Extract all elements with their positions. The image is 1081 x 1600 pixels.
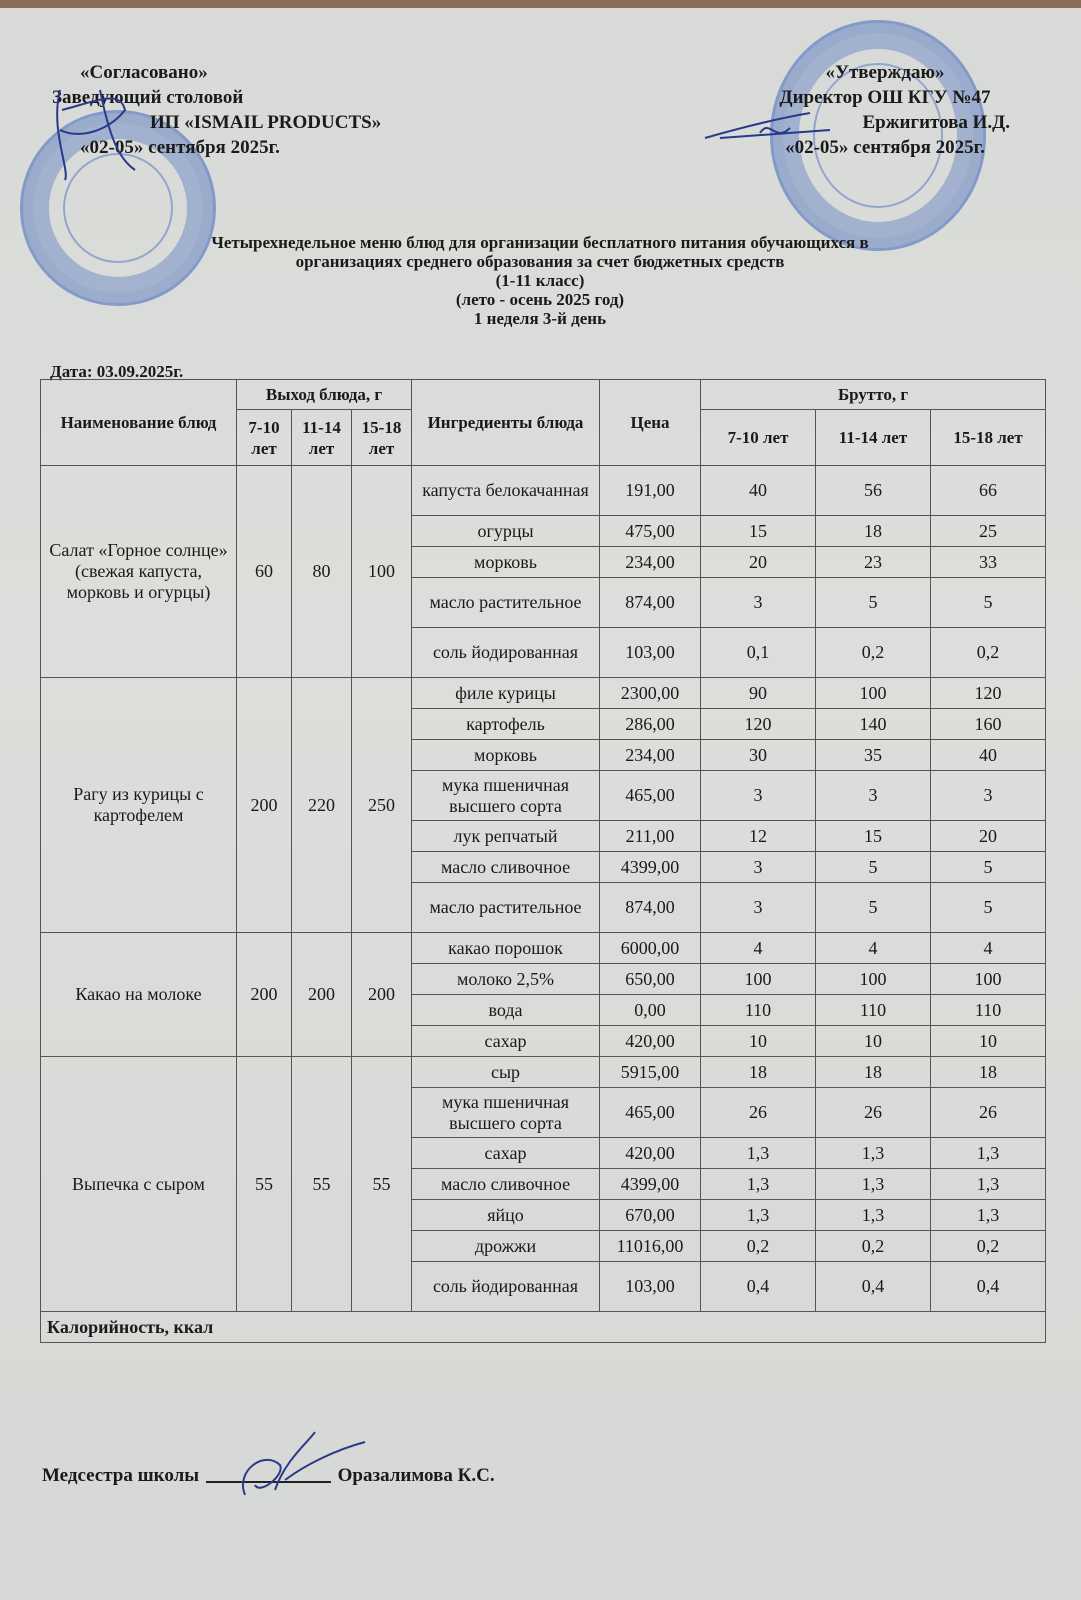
ingredient-gross: 40 [931,740,1046,771]
ingredient-name: огурцы [412,516,600,547]
ingredient-gross: 0,4 [701,1262,816,1312]
ingredient-price: 234,00 [600,740,701,771]
title-line-2: организациях среднего образования за сче… [60,252,1020,271]
dish-yield: 200 [292,933,352,1057]
ingredient-name: картофель [412,709,600,740]
ingredient-gross: 100 [816,678,931,709]
ingredient-gross: 0,4 [931,1262,1046,1312]
ingredient-gross: 90 [701,678,816,709]
ingredient-price: 670,00 [600,1200,701,1231]
ingredient-gross: 25 [931,516,1046,547]
approval-right-name: Ержигитова И.Д. [760,110,1010,135]
ingredient-gross: 110 [816,995,931,1026]
approval-left-organization: ИП «ISMAIL PRODUCTS» [52,110,381,135]
ingredient-gross: 1,3 [931,1169,1046,1200]
ingredient-gross: 5 [816,578,931,628]
ingredient-gross: 0,2 [816,1231,931,1262]
approval-block-left: «Согласовано» Заведующий столовой ИП «IS… [52,60,381,160]
ingredient-name: лук репчатый [412,821,600,852]
ingredient-gross: 120 [701,709,816,740]
ingredient-name: какао порошок [412,933,600,964]
ingredient-gross: 3 [816,771,931,821]
dish-yield: 60 [237,466,292,678]
ingredient-gross: 1,3 [701,1169,816,1200]
ingredient-gross: 15 [701,516,816,547]
ingredient-gross: 100 [701,964,816,995]
header-yield-15-18: 15-18 лет [352,410,412,466]
ingredient-name: мука пшеничная высшего сорта [412,1088,600,1138]
ingredient-gross: 3 [701,771,816,821]
ingredient-gross: 1,3 [816,1138,931,1169]
ingredient-price: 211,00 [600,821,701,852]
ingredient-name: соль йодированная [412,1262,600,1312]
ingredient-gross: 18 [816,1057,931,1088]
ingredient-gross: 3 [701,852,816,883]
ingredient-gross: 0,1 [701,628,816,678]
dish-yield: 80 [292,466,352,678]
ingredient-gross: 1,3 [931,1138,1046,1169]
ingredient-gross: 110 [701,995,816,1026]
ingredient-price: 0,00 [600,995,701,1026]
ingredient-price: 420,00 [600,1026,701,1057]
ingredient-gross: 26 [816,1088,931,1138]
ingredient-price: 11016,00 [600,1231,701,1262]
header-yield-7-10: 7-10 лет [237,410,292,466]
ingredient-gross: 18 [816,516,931,547]
ingredient-name: масло растительное [412,883,600,933]
ingredient-gross: 0,2 [701,1231,816,1262]
ingredient-gross: 5 [931,883,1046,933]
ingredient-price: 465,00 [600,771,701,821]
ingredient-gross: 1,3 [701,1138,816,1169]
ingredient-price: 234,00 [600,547,701,578]
ingredient-price: 6000,00 [600,933,701,964]
ingredient-name: капуста белокачанная [412,466,600,516]
header-price: Цена [600,380,701,466]
dish-yield: 200 [352,933,412,1057]
ingredient-price: 465,00 [600,1088,701,1138]
ingredient-price: 4399,00 [600,852,701,883]
nurse-name: Оразалимова К.С. [338,1465,495,1486]
ingredient-gross: 3 [701,883,816,933]
ingredient-price: 874,00 [600,578,701,628]
ingredient-name: мука пшеничная высшего сорта [412,771,600,821]
ingredient-gross: 1,3 [931,1200,1046,1231]
ingredient-gross: 5 [816,883,931,933]
dish-yield: 200 [237,678,292,933]
ingredient-name: морковь [412,740,600,771]
document-title: Четырехнедельное меню блюд для организац… [60,233,1020,328]
ingredient-name: дрожжи [412,1231,600,1262]
dish-name: Рагу из курицы с картофелем [41,678,237,933]
header-gross-7-10: 7-10 лет [701,410,816,466]
ingredient-name: сахар [412,1026,600,1057]
approval-right-position: Директор ОШ КГУ №47 [760,85,1010,110]
ingredient-gross: 26 [931,1088,1046,1138]
title-line-4: (лето - осень 2025 год) [60,290,1020,309]
table-row: Выпечка с сыром555555сыр5915,00181818 [41,1057,1046,1088]
ingredient-gross: 140 [816,709,931,740]
header-gross-11-14: 11-14 лет [816,410,931,466]
ingredient-name: яйцо [412,1200,600,1231]
ingredient-name: молоко 2,5% [412,964,600,995]
dish-yield: 55 [237,1057,292,1312]
ingredient-gross: 26 [701,1088,816,1138]
ingredient-name: филе курицы [412,678,600,709]
ingredient-gross: 1,3 [816,1200,931,1231]
ingredient-name: масло растительное [412,578,600,628]
header-gross: Брутто, г [701,380,1046,410]
ingredient-gross: 66 [931,466,1046,516]
ingredient-price: 650,00 [600,964,701,995]
ingredient-name: сыр [412,1057,600,1088]
ingredient-gross: 3 [931,771,1046,821]
header-yield: Выход блюда, г [237,380,412,410]
dish-yield: 55 [352,1057,412,1312]
ingredient-gross: 100 [931,964,1046,995]
ingredient-gross: 20 [701,547,816,578]
approval-left-heading: «Согласовано» [52,60,381,85]
ingredient-price: 286,00 [600,709,701,740]
ingredient-price: 103,00 [600,1262,701,1312]
table-row: Рагу из курицы с картофелем200220250филе… [41,678,1046,709]
ingredient-price: 103,00 [600,628,701,678]
dish-yield: 220 [292,678,352,933]
ingredient-gross: 30 [701,740,816,771]
approval-left-date: «02-05» сентября 2025г. [52,135,381,160]
ingredient-gross: 10 [931,1026,1046,1057]
ingredient-gross: 0,2 [931,1231,1046,1262]
ingredient-gross: 5 [816,852,931,883]
ingredient-gross: 15 [816,821,931,852]
table-row: Какао на молоке200200200какао порошок600… [41,933,1046,964]
ingredient-gross: 40 [701,466,816,516]
ingredient-price: 4399,00 [600,1169,701,1200]
ingredient-name: вода [412,995,600,1026]
background-edge [0,0,1081,8]
dish-yield: 100 [352,466,412,678]
ingredient-gross: 120 [931,678,1046,709]
ingredient-gross: 4 [816,933,931,964]
ingredient-gross: 4 [701,933,816,964]
ingredient-gross: 3 [701,578,816,628]
ingredient-price: 191,00 [600,466,701,516]
signature-line [206,1481,331,1483]
ingredient-gross: 56 [816,466,931,516]
ingredient-gross: 10 [816,1026,931,1057]
ingredient-gross: 0,2 [816,628,931,678]
ingredient-price: 475,00 [600,516,701,547]
ingredient-gross: 1,3 [816,1169,931,1200]
ingredient-gross: 35 [816,740,931,771]
ingredient-gross: 20 [931,821,1046,852]
ingredient-gross: 10 [701,1026,816,1057]
ingredient-name: соль йодированная [412,628,600,678]
header-yield-11-14: 11-14 лет [292,410,352,466]
dish-yield: 55 [292,1057,352,1312]
ingredient-gross: 18 [701,1057,816,1088]
ingredient-price: 2300,00 [600,678,701,709]
ingredient-gross: 1,3 [701,1200,816,1231]
ingredient-price: 874,00 [600,883,701,933]
ingredient-gross: 18 [931,1057,1046,1088]
menu-table: Наименование блюд Выход блюда, г Ингреди… [40,379,1046,1343]
table-row: Салат «Горное солнце» (свежая капуста, м… [41,466,1046,516]
ingredient-name: сахар [412,1138,600,1169]
ingredient-price: 420,00 [600,1138,701,1169]
ingredient-gross: 33 [931,547,1046,578]
ingredient-gross: 0,4 [816,1262,931,1312]
approval-left-position: Заведующий столовой [52,85,381,110]
ingredient-gross: 23 [816,547,931,578]
nurse-signature-block: Медсестра школы Оразалимова К.С. [42,1465,495,1487]
ingredient-gross: 5 [931,578,1046,628]
dish-yield: 250 [352,678,412,933]
ingredient-gross: 160 [931,709,1046,740]
ingredient-gross: 100 [816,964,931,995]
ingredient-gross: 110 [931,995,1046,1026]
ingredient-gross: 4 [931,933,1046,964]
header-ingredients: Ингредиенты блюда [412,380,600,466]
calories-row: Калорийность, ккал [41,1312,1046,1343]
ingredient-gross: 0,2 [931,628,1046,678]
header-gross-15-18: 15-18 лет [931,410,1046,466]
dish-yield: 200 [237,933,292,1057]
ingredient-name: морковь [412,547,600,578]
approval-right-date: «02-05» сентября 2025г. [760,135,1010,160]
approval-block-right: «Утверждаю» Директор ОШ КГУ №47 Ержигито… [760,60,1010,160]
title-line-5: 1 неделя 3-й день [60,309,1020,328]
ingredient-gross: 5 [931,852,1046,883]
dish-name: Выпечка с сыром [41,1057,237,1312]
ingredient-name: масло сливочное [412,1169,600,1200]
nurse-role: Медсестра школы [42,1465,199,1486]
approval-right-heading: «Утверждаю» [760,60,1010,85]
header-dish-name: Наименование блюд [41,380,237,466]
document-page: «Согласовано» Заведующий столовой ИП «IS… [0,0,1081,1600]
title-line-3: (1-11 класс) [60,271,1020,290]
ingredient-name: масло сливочное [412,852,600,883]
dish-name: Салат «Горное солнце» (свежая капуста, м… [41,466,237,678]
ingredient-price: 5915,00 [600,1057,701,1088]
ingredient-gross: 12 [701,821,816,852]
dish-name: Какао на молоке [41,933,237,1057]
title-line-1: Четырехнедельное меню блюд для организац… [60,233,1020,252]
